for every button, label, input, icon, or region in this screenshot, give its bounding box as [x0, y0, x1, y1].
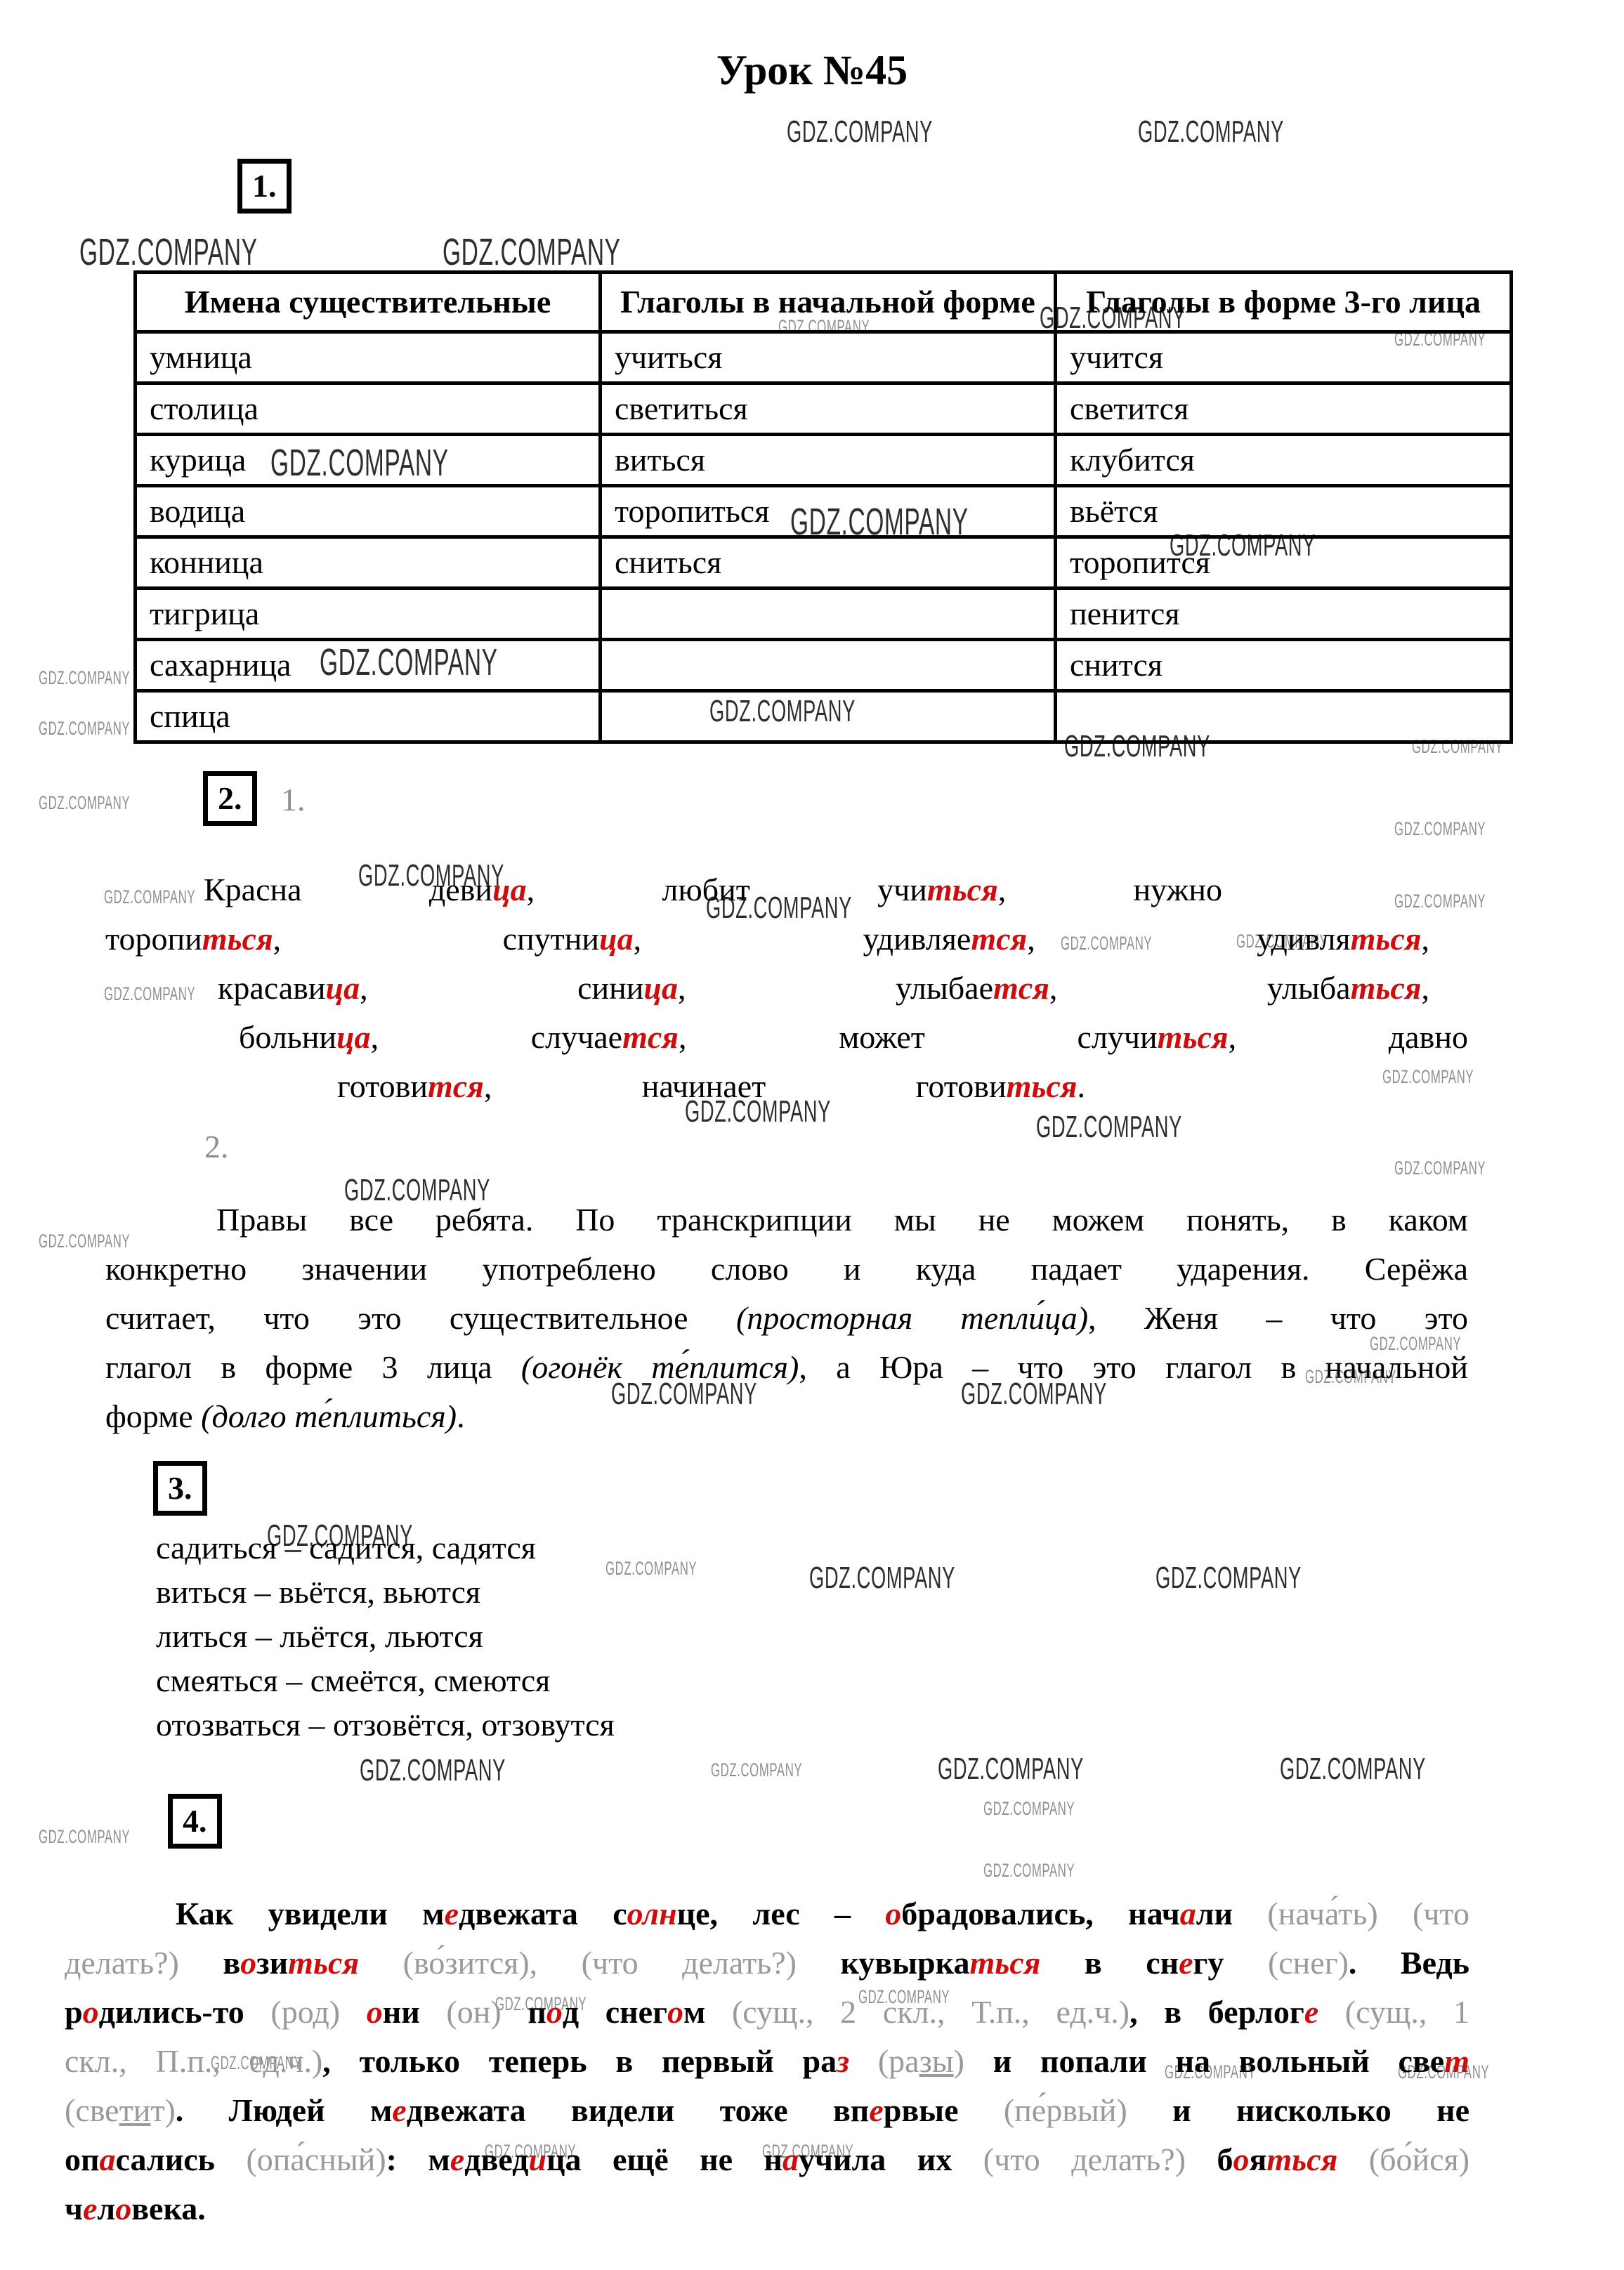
watermark: GDZ.COMPANY	[1138, 114, 1284, 150]
text-segment: ,	[634, 921, 642, 957]
text-segment: и нисколько не	[1127, 2092, 1469, 2128]
text-segment: Правы все ребята. По транскрипции мы не …	[216, 1202, 1468, 1238]
text-segment: ться	[1351, 970, 1422, 1006]
text-segment: и	[528, 2141, 546, 2177]
table-cell: тигрица	[136, 588, 601, 639]
text-segment: .	[457, 1398, 465, 1434]
watermark: GDZ.COMPANY	[983, 1798, 1075, 1820]
exercise-4-line: (светит). Людей медвежата видели тоже вп…	[65, 2086, 1469, 2135]
table-header-row: Имена существительныеГлаголы в начальной…	[136, 273, 1512, 332]
text-segment: з	[837, 2043, 849, 2079]
word: готовится,	[337, 1068, 492, 1105]
text-segment: скл., П.п., ед.ч.)	[65, 2043, 322, 2079]
exercise-3-line: виться – вьётся, вьются	[156, 1570, 615, 1614]
text-segment: е	[445, 1896, 459, 1931]
table-cell: торопиться	[601, 485, 1056, 537]
word: девица,	[429, 871, 535, 908]
table-cell: вьётся	[1056, 485, 1512, 537]
answer-2-line: считает, что это существительное (просто…	[105, 1294, 1468, 1343]
text-segment: (сущ., 2 скл., Т.п., ед.ч.)	[732, 1994, 1129, 2030]
exercise-3-line: литься – льётся, льются	[156, 1614, 615, 1658]
text-segment: глагол в форме 3 лица	[105, 1349, 521, 1385]
text-segment: нужно	[1134, 872, 1222, 907]
text-segment: ,	[484, 1068, 492, 1104]
text-segment: д снег	[563, 1994, 667, 2030]
text-segment: : м	[386, 2141, 450, 2177]
word: учиться,	[877, 871, 1006, 908]
table-cell: светится	[1056, 383, 1512, 434]
exercise-2-text: Краснадевица,любитучиться,нужноторопитьс…	[105, 871, 1468, 1117]
exercise-4-line: опасались (опа́сный): медведица ещё не н…	[65, 2135, 1469, 2184]
text-segment: зы	[919, 2043, 954, 2079]
table-cell: сниться	[601, 537, 1056, 588]
word: спутница,	[503, 920, 641, 957]
text-segment: ца	[643, 970, 678, 1006]
text-segment: (огонёк те́плится)	[521, 1349, 799, 1385]
table-row: сахарницаснится	[136, 639, 1512, 690]
text-segment: больни	[239, 1019, 336, 1055]
watermark: GDZ.COMPANY	[360, 1753, 506, 1788]
text-segment	[340, 1994, 367, 2030]
text-segment: готови	[916, 1068, 1007, 1104]
table-cell: учиться	[601, 332, 1056, 383]
text-segment: (све	[65, 2092, 119, 2128]
text-segment	[1318, 1994, 1345, 2030]
table-row: спица	[136, 690, 1512, 742]
text-segment: п	[502, 1994, 546, 2030]
text-segment: любит	[662, 872, 749, 907]
word: Красна	[204, 871, 302, 908]
text-segment: Красна	[204, 872, 302, 907]
text-segment: о	[885, 1896, 901, 1931]
document-page: GDZ.COMPANYGDZ.COMPANYGDZ.COMPANYGDZ.COM…	[0, 0, 1624, 2270]
text-segment: е	[1304, 1994, 1318, 2030]
text-segment: готови	[337, 1068, 428, 1104]
watermark: GDZ.COMPANY	[711, 1759, 802, 1781]
text-segment: начинает	[642, 1068, 766, 1104]
watermark: GDZ.COMPANY	[1280, 1752, 1426, 1787]
table-cell: клубится	[1056, 434, 1512, 485]
text-segment: (что делать?)	[983, 2141, 1186, 2177]
table-cell: учится	[1056, 332, 1512, 383]
text-segment: двежата видели тоже вп	[407, 2092, 870, 2128]
text-segment: ти	[119, 2092, 151, 2128]
text-segment: е	[392, 2092, 406, 2128]
exercise-4-number: 4.	[168, 1794, 222, 1849]
text-segment: (просторная тепли́ца)	[736, 1300, 1088, 1336]
text-segment: л	[97, 2191, 115, 2226]
table-cell	[601, 639, 1056, 690]
text-segment: е	[450, 2141, 464, 2177]
table-cell: конница	[136, 537, 601, 588]
text-segment: ться	[969, 1945, 1040, 1981]
text-segment: красави	[218, 970, 326, 1006]
word: торопиться,	[105, 920, 281, 957]
table-cell: столица	[136, 383, 601, 434]
word: синица,	[577, 969, 686, 1006]
table-header: Глаголы в начальной форме	[601, 273, 1056, 332]
watermark: GDZ.COMPANY	[79, 230, 258, 274]
watermark: GDZ.COMPANY	[39, 667, 130, 689]
text-segment: ,	[1422, 970, 1430, 1006]
text-segment: (сущ., 1	[1345, 1994, 1469, 2030]
text-segment: ться	[288, 1945, 359, 1981]
text-segment: случи	[1078, 1019, 1158, 1055]
exercise-3-line: садиться – садится, садятся	[156, 1526, 615, 1570]
text-segment: (пе́рвый)	[1004, 2092, 1127, 2128]
table-cell: светиться	[601, 383, 1056, 434]
exercise-4-line: Как увидели медвежата солнце, лес – обра…	[65, 1889, 1469, 1938]
exercise-4-line: скл., П.п., ед.ч.), только теперь в перв…	[65, 2037, 1469, 2086]
text-segment: тся	[428, 1068, 484, 1104]
text-segment: конкретно значении употреблено слово и к…	[105, 1251, 1468, 1287]
watermark: GDZ.COMPANY	[605, 1558, 697, 1580]
text-segment: форме	[105, 1398, 201, 1434]
table-cell	[1056, 690, 1512, 742]
text-segment: делать?)	[65, 1945, 223, 1981]
answer-2-line: глагол в форме 3 лица (огонёк те́плится)…	[105, 1343, 1468, 1392]
text-segment: ,	[679, 1019, 687, 1055]
table-cell: умница	[136, 332, 601, 383]
text-segment: удивля	[1257, 921, 1350, 957]
text-segment: ца	[326, 970, 360, 1006]
text-segment: спутни	[503, 921, 599, 957]
text-segment: , в берлог	[1129, 1994, 1304, 2030]
text-segment: ни	[383, 1994, 447, 2030]
watermark: GDZ.COMPANY	[809, 1561, 955, 1596]
text-segment: р	[65, 1994, 83, 2030]
exercise-4-line: делать?) возиться (во́зится), (что делат…	[65, 1938, 1469, 1988]
word: улыбаться,	[1267, 969, 1429, 1006]
text-segment: ,	[527, 872, 535, 907]
text-segment: (снег)	[1268, 1945, 1349, 1981]
text-segment: я	[1250, 2141, 1267, 2177]
watermark: GDZ.COMPANY	[443, 230, 621, 274]
text-segment: тся	[993, 970, 1049, 1006]
word: больница,	[239, 1018, 379, 1056]
watermark: GDZ.COMPANY	[39, 718, 130, 740]
text-segment: б	[1186, 2141, 1233, 2177]
text-segment: оп	[65, 2141, 100, 2177]
exercise-1-number: 1.	[237, 159, 292, 214]
exercise-2-line: красавица,синица,улыбается,улыбаться,	[218, 969, 1429, 1018]
word: улыбается,	[896, 969, 1057, 1006]
text-segment: дились-то	[99, 1994, 271, 2030]
answer-2-subnumber: 2.	[204, 1128, 229, 1165]
text-segment: ца ещё не н	[546, 2141, 782, 2177]
text-segment: олн	[627, 1896, 677, 1931]
word: готовиться.	[916, 1068, 1085, 1105]
text-segment: улыба	[1267, 970, 1351, 1006]
watermark: GDZ.COMPANY	[39, 792, 130, 814]
text-segment: гу	[1193, 1945, 1268, 1981]
text-segment: ,	[998, 872, 1007, 907]
text-segment: зи	[256, 1945, 288, 1981]
text-segment: ,	[360, 970, 368, 1006]
text-segment: улыбае	[896, 970, 993, 1006]
exercise-2-line: торопиться,спутница,удивляется,удивлятьс…	[105, 920, 1429, 969]
text-segment: тся	[971, 921, 1027, 957]
exercise-4-text: Как увидели медвежата солнце, лес – обра…	[65, 1889, 1469, 2233]
text-segment	[359, 1945, 403, 1981]
watermark: GDZ.COMPANY	[787, 114, 933, 150]
text-segment: и попали на вольный све	[964, 2043, 1444, 2079]
text-segment: (нача́ть) (что	[1267, 1896, 1469, 1931]
text-segment: ться	[202, 921, 273, 957]
text-segment: Как увидели м	[176, 1896, 445, 1931]
watermark: GDZ.COMPANY	[938, 1752, 1084, 1787]
watermark: GDZ.COMPANY	[1394, 1157, 1486, 1179]
text-segment: .	[1077, 1068, 1085, 1104]
text-segment: ,	[1049, 970, 1058, 1006]
conjugation-table: Имена существительныеГлаголы в начальной…	[133, 270, 1513, 744]
text-segment: ли	[1196, 1896, 1268, 1931]
text-segment: (долго те́плиться)	[201, 1398, 457, 1434]
text-segment: (опа́сный)	[246, 2141, 386, 2177]
text-segment: ться	[1351, 921, 1422, 957]
text-segment: века.	[131, 2191, 206, 2226]
text-segment: в	[223, 1945, 240, 1981]
exercise-2-line: больница,случается,можетслучиться,давно	[239, 1018, 1468, 1068]
answer-2-line: конкретно значении употреблено слово и к…	[105, 1245, 1468, 1294]
text-segment: о	[667, 1994, 683, 2030]
text-segment: учи	[877, 872, 927, 907]
text-segment: о	[367, 1994, 383, 2030]
text-segment: , Женя – что это	[1088, 1300, 1468, 1336]
word: красавица,	[218, 969, 368, 1006]
exercise-4-line: человека.	[65, 2184, 1469, 2233]
table-cell: виться	[601, 434, 1056, 485]
table-cell: курица	[136, 434, 601, 485]
text-segment: может	[839, 1019, 925, 1055]
text-segment: (ра	[878, 2043, 919, 2079]
answer-2-paragraph: Правы все ребята. По транскрипции мы не …	[105, 1195, 1468, 1441]
text-segment: о	[115, 2191, 131, 2226]
text-segment: двед	[464, 2141, 528, 2177]
text-segment	[1337, 2141, 1368, 2177]
table-cell	[601, 588, 1056, 639]
table-header: Имена существительные	[136, 273, 601, 332]
text-segment: ,	[678, 970, 686, 1006]
exercise-2-line: готовится,начинаетготовиться.	[337, 1068, 1085, 1117]
text-segment: тся	[622, 1019, 679, 1055]
table-cell: водица	[136, 485, 601, 537]
exercise-3-number: 3.	[153, 1461, 207, 1516]
text-segment	[849, 2043, 878, 2079]
text-segment: двежата с	[459, 1896, 627, 1931]
text-segment: т	[1444, 2043, 1469, 2079]
table-row: тигрицапенится	[136, 588, 1512, 639]
table-cell: спица	[136, 690, 601, 742]
exercise-2-number: 2.	[203, 771, 257, 826]
text-segment: ,	[1422, 921, 1430, 957]
text-segment: а	[1180, 1896, 1196, 1931]
text-segment: ться	[1266, 2141, 1337, 2177]
watermark: GDZ.COMPANY	[1394, 818, 1486, 840]
text-segment: деви	[429, 872, 492, 907]
text-segment: сини	[577, 970, 643, 1006]
text-segment: кувырка	[797, 1945, 970, 1981]
text-segment: м	[683, 1994, 732, 2030]
text-segment: сались	[116, 2141, 247, 2177]
text-segment: удивляе	[863, 921, 971, 957]
text-segment: (он)	[446, 1994, 501, 2030]
word: может	[839, 1018, 925, 1056]
text-segment: ,	[371, 1019, 379, 1055]
text-segment: це, лес –	[677, 1896, 886, 1931]
text-segment: учила их	[799, 2141, 983, 2177]
text-segment: ,	[1229, 1019, 1237, 1055]
text-segment: т)	[150, 2092, 175, 2128]
answer-2-line: форме (долго те́плиться).	[105, 1392, 1468, 1441]
text-segment: е	[1179, 1945, 1193, 1981]
text-segment: е	[869, 2092, 883, 2128]
table-cell	[601, 690, 1056, 742]
text-segment: (во́зится), (что делать?)	[403, 1945, 797, 1981]
text-segment: о	[83, 1994, 99, 2030]
text-segment: о	[1233, 2141, 1250, 2177]
text-segment: торопи	[105, 921, 202, 957]
table-row: курицавитьсяклубится	[136, 434, 1512, 485]
exercise-2-subnumber: 1.	[281, 781, 306, 818]
word: давно	[1389, 1018, 1468, 1056]
table-row: конницаснитьсяторопится	[136, 537, 1512, 588]
text-segment: . Ведь	[1349, 1945, 1469, 1981]
watermark: GDZ.COMPANY	[983, 1860, 1075, 1882]
exercise-3-line: отозваться – отзовётся, отзовутся	[156, 1702, 615, 1747]
text-segment: рвые	[884, 2092, 1004, 2128]
text-segment: о	[546, 1994, 563, 2030]
text-segment: е	[83, 2191, 97, 2226]
table-header: Глаголы в форме 3-го лица	[1056, 273, 1512, 332]
word: начинает	[642, 1068, 766, 1105]
watermark: GDZ.COMPANY	[39, 1826, 130, 1848]
text-segment: (бо́йся)	[1369, 2141, 1469, 2177]
table-row: столицасветитьсясветится	[136, 383, 1512, 434]
exercise-3-text: садиться – садится, садятсявиться – вьёт…	[156, 1526, 615, 1747]
table-cell: сахарница	[136, 639, 601, 690]
watermark: GDZ.COMPANY	[1155, 1561, 1302, 1596]
text-segment: ться	[1158, 1019, 1229, 1055]
text-segment: . Людей м	[176, 2092, 393, 2128]
text-segment: давно	[1389, 1019, 1468, 1055]
text-segment: )	[954, 2043, 964, 2079]
table-cell: торопится	[1056, 537, 1512, 588]
text-segment: , а Юра – что это глагол в начальной	[799, 1349, 1468, 1385]
text-segment: ться	[927, 872, 998, 907]
table-cell: снится	[1056, 639, 1512, 690]
exercise-2-line: Краснадевица,любитучиться,нужно	[204, 871, 1222, 920]
text-segment: а	[782, 2141, 799, 2177]
answer-2-line: Правы все ребята. По транскрипции мы не …	[105, 1195, 1468, 1245]
word: нужно	[1134, 871, 1222, 908]
text-segment: а	[100, 2141, 116, 2177]
table-row: водицаторопитьсявьётся	[136, 485, 1512, 537]
text-segment: ч	[65, 2191, 83, 2226]
text-segment: считает, что это существительное	[105, 1300, 736, 1336]
text-segment: (род)	[270, 1994, 340, 2030]
text-segment: о	[240, 1945, 256, 1981]
text-segment: ца	[492, 872, 527, 907]
text-segment: ца	[336, 1019, 371, 1055]
word: удивляться,	[1257, 920, 1429, 957]
table-cell: пенится	[1056, 588, 1512, 639]
text-segment: ться	[1007, 1068, 1078, 1104]
exercise-4-line: родились-то (род) они (он) под снегом (с…	[65, 1988, 1469, 2037]
word: удивляется,	[863, 920, 1035, 957]
exercise-3-line: смеяться – смеётся, смеются	[156, 1658, 615, 1702]
text-segment: случае	[531, 1019, 622, 1055]
page-title: Урок №45	[0, 46, 1624, 95]
table-row: умницаучитьсяучится	[136, 332, 1512, 383]
text-segment: ,	[273, 921, 282, 957]
text-segment: ,	[1027, 921, 1035, 957]
word: случается,	[531, 1018, 687, 1056]
text-segment: брадовались, нач	[901, 1896, 1179, 1931]
text-segment: в сн	[1040, 1945, 1179, 1981]
text-segment: ца	[599, 921, 634, 957]
word: случиться,	[1078, 1018, 1237, 1056]
word: любит	[662, 871, 749, 908]
text-segment: , только теперь в первый ра	[322, 2043, 837, 2079]
